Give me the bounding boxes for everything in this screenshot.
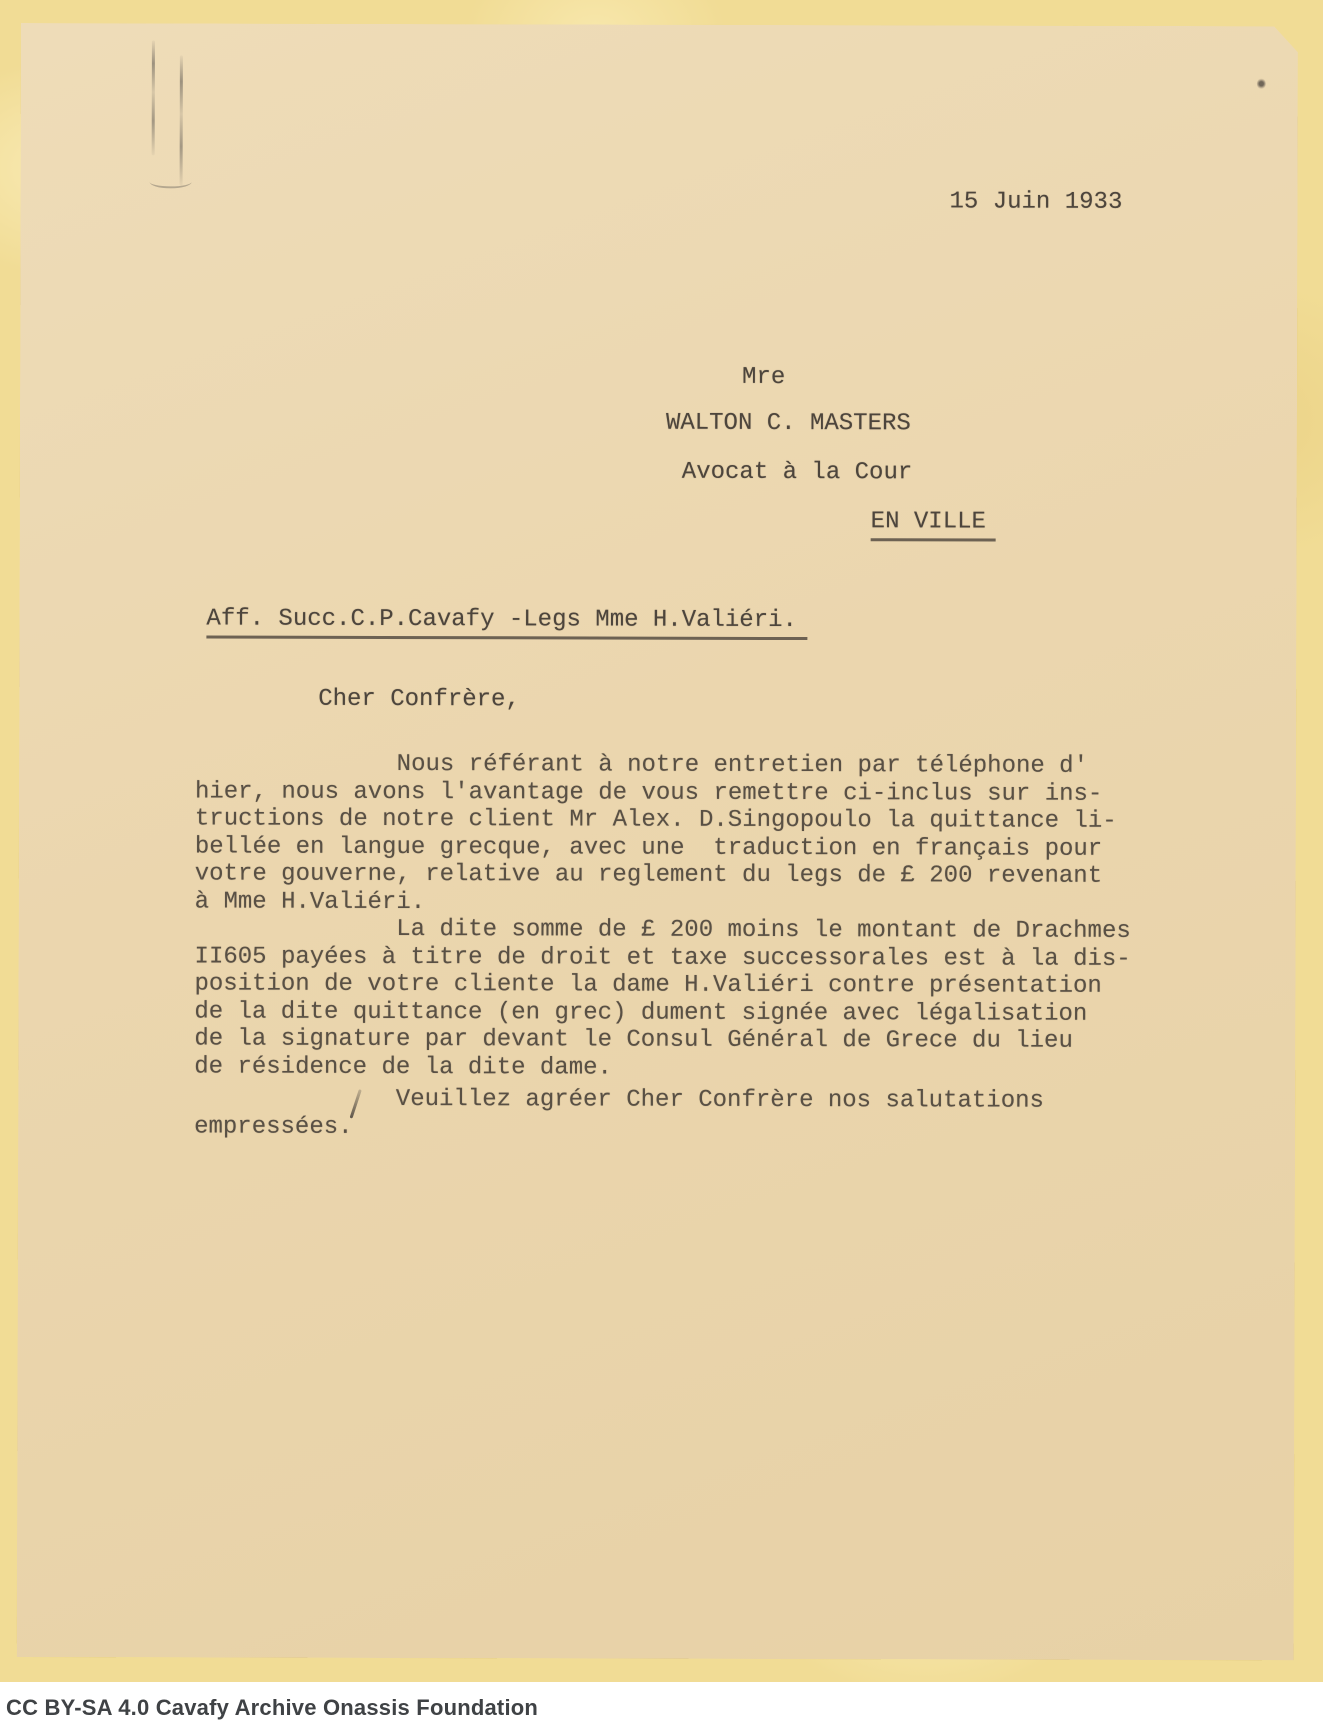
pencil-mark-icon <box>152 40 155 155</box>
salutation: Cher Confrère, <box>318 686 520 714</box>
license-caption-strip: CC BY-SA 4.0 Cavafy Archive Onassis Foun… <box>0 1682 1323 1734</box>
recipient-honorific: Mre <box>742 364 785 392</box>
letter-date: 15 Juin 1933 <box>949 188 1122 216</box>
recipient-title: Avocat à la Cour <box>682 459 913 487</box>
ink-speck-icon <box>1257 78 1266 89</box>
recipient-city: EN VILLE <box>871 508 996 541</box>
pencil-curve-icon <box>150 175 192 188</box>
scan-background: 15 Juin 1933 Mre WALTON C. MASTERS Avoca… <box>0 0 1323 1682</box>
letter-paper: 15 Juin 1933 Mre WALTON C. MASTERS Avoca… <box>17 23 1298 1660</box>
closing-paragraph: Veuillez agréer Cher Confrère nos saluta… <box>194 1085 1044 1142</box>
license-caption: CC BY-SA 4.0 Cavafy Archive Onassis Foun… <box>0 1695 538 1721</box>
body-paragraph-1: Nous référant à notre entretien par télé… <box>195 750 1117 917</box>
subject-line: Aff. Succ.C.P.Cavafy -Legs Mme H.Valiéri… <box>206 605 807 639</box>
recipient-name: WALTON C. MASTERS <box>666 410 911 438</box>
body-paragraph-2: La dite somme de £ 200 moins le montant … <box>194 915 1131 1082</box>
pencil-mark-icon <box>180 55 183 185</box>
